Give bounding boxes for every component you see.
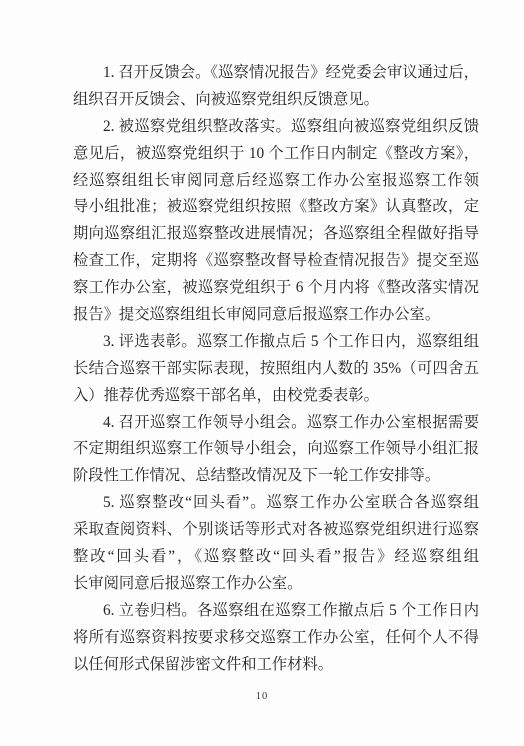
text-line: 长结合巡察干部实际表现，按照组内人数的 35%（可四舍五	[73, 356, 479, 383]
text-line: 期向巡察组汇报巡察整改进展情况；各巡察组全程做好指导	[73, 221, 479, 248]
text-line: 4. 召开巡察工作领导小组会。巡察工作办公室根据需要	[73, 410, 479, 437]
text-line: 检查工作，定期将《巡察整改督导检查情况报告》提交至巡	[73, 248, 479, 275]
text-line: 报告》提交巡察组组长审阅同意后报巡察工作办公室。	[73, 302, 479, 329]
text-line: 以任何形式保留涉密文件和工作材料。	[73, 652, 479, 679]
page-number: 10	[0, 691, 524, 702]
paragraph: 1. 召开反馈会。《巡察情况报告》经党委会审议通过后，组织召开反馈会、向被巡察党…	[73, 60, 479, 114]
text-line: 经巡察组组长审阅同意后经巡察工作办公室报巡察工作领	[73, 168, 479, 195]
text-line: 察工作办公室，被巡察党组织于 6 个月内将《整改落实情况	[73, 275, 479, 302]
text-line: 组织召开反馈会、向被巡察党组织反馈意见。	[73, 87, 479, 114]
paragraph: 2. 被巡察党组织整改落实。巡察组向被巡察党组织反馈意见后，被巡察党组织于 10…	[73, 114, 479, 329]
paragraph: 6. 立卷归档。各巡察组在巡察工作撤点后 5 个工作日内将所有巡察资料按要求移交…	[73, 598, 479, 679]
text-line: 采取查阅资料、个别谈话等形式对各被巡察党组织进行巡察	[73, 517, 479, 544]
document-body: 1. 召开反馈会。《巡察情况报告》经党委会审议通过后，组织召开反馈会、向被巡察党…	[73, 60, 479, 678]
text-line: 意见后，被巡察党组织于 10 个工作日内制定《整改方案》，	[73, 141, 479, 168]
text-line: 入）推荐优秀巡察干部名单，由校党委表彰。	[73, 383, 479, 410]
text-line: 将所有巡察资料按要求移交巡察工作办公室，任何个人不得	[73, 625, 479, 652]
document-page: 1. 召开反馈会。《巡察情况报告》经党委会审议通过后，组织召开反馈会、向被巡察党…	[0, 0, 524, 746]
text-line: 长审阅同意后报巡察工作办公室。	[73, 571, 479, 598]
paragraph: 3. 评选表彰。巡察工作撤点后 5 个工作日内，巡察组组长结合巡察干部实际表现，…	[73, 329, 479, 410]
text-line: 整改“回头看”，《巡察整改“回头看”报告》经巡察组组	[73, 544, 479, 571]
text-line: 不定期组织巡察工作领导小组会，向巡察工作领导小组汇报	[73, 436, 479, 463]
paragraph: 5. 巡察整改“回头看”。巡察工作办公室联合各巡察组采取查阅资料、个别谈话等形式…	[73, 490, 479, 598]
text-line: 2. 被巡察党组织整改落实。巡察组向被巡察党组织反馈	[73, 114, 479, 141]
text-line: 6. 立卷归档。各巡察组在巡察工作撤点后 5 个工作日内	[73, 598, 479, 625]
text-line: 5. 巡察整改“回头看”。巡察工作办公室联合各巡察组	[73, 490, 479, 517]
text-line: 1. 召开反馈会。《巡察情况报告》经党委会审议通过后，	[73, 60, 479, 87]
paragraph: 4. 召开巡察工作领导小组会。巡察工作办公室根据需要不定期组织巡察工作领导小组会…	[73, 410, 479, 491]
text-line: 导小组批准；被巡察党组织按照《整改方案》认真整改，定	[73, 194, 479, 221]
text-line: 3. 评选表彰。巡察工作撤点后 5 个工作日内，巡察组组	[73, 329, 479, 356]
text-line: 阶段性工作情况、总结整改情况及下一轮工作安排等。	[73, 463, 479, 490]
